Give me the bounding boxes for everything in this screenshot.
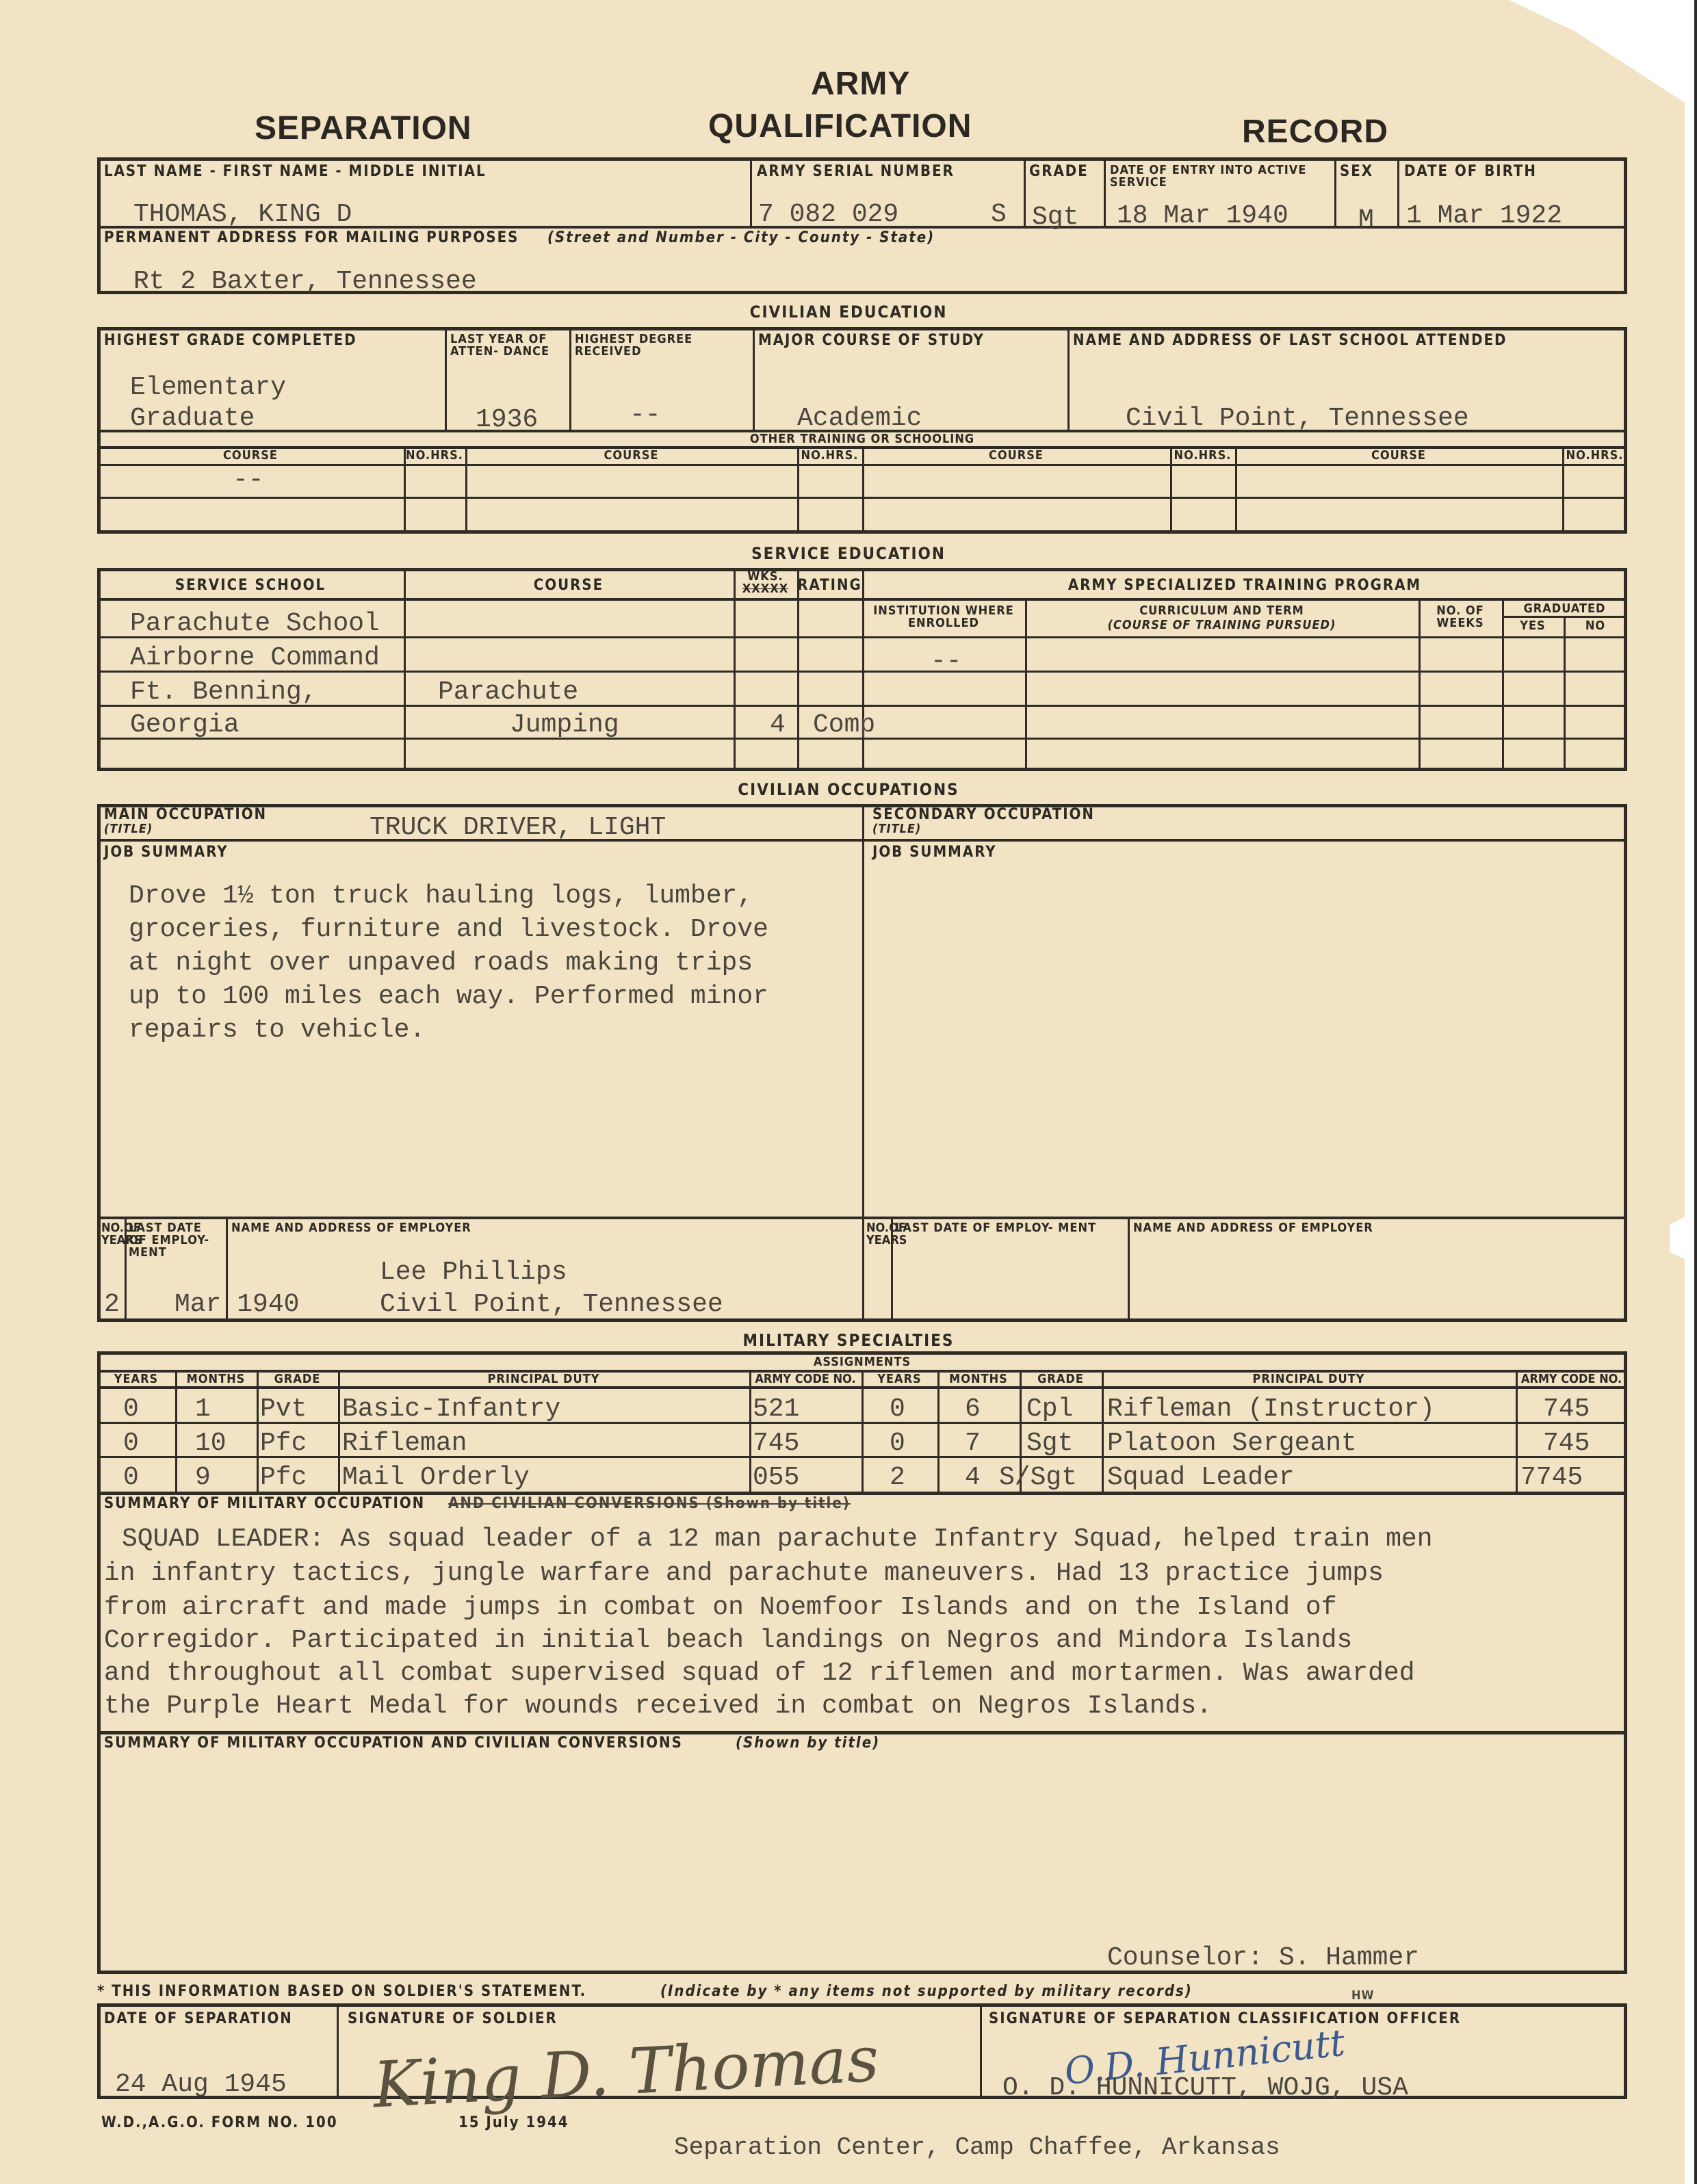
ms-left-duty: Rifleman bbox=[342, 1429, 467, 1458]
ms-right-years: 0 bbox=[890, 1429, 905, 1458]
label-conversions-hint: (Shown by title) bbox=[736, 1736, 880, 1751]
main-job-summary-line: up to 100 miles each way. Performed mino… bbox=[129, 982, 768, 1011]
title-separation: SEPARATION bbox=[255, 109, 472, 147]
divider bbox=[257, 1371, 259, 1494]
ms-left-duty: Mail Orderly bbox=[342, 1463, 530, 1492]
value-service-school-row3: Ft. Benning, bbox=[130, 677, 318, 707]
label-grade: GRADE bbox=[1029, 164, 1089, 179]
divider bbox=[97, 598, 1627, 601]
ms-right-duty: Rifleman (Instructor) bbox=[1107, 1394, 1435, 1424]
label-secondary-job-summary: JOB SUMMARY bbox=[872, 845, 997, 860]
summary-line: from aircraft and made jumps in combat o… bbox=[104, 1593, 1337, 1622]
divider bbox=[1104, 159, 1106, 227]
summary-line: Corregidor. Participated in initial beac… bbox=[104, 1626, 1352, 1655]
label-main-job-summary: JOB SUMMARY bbox=[104, 845, 229, 860]
value-address: Rt 2 Baxter, Tennessee bbox=[133, 267, 477, 296]
label-graduated-no: NO bbox=[1564, 620, 1627, 632]
label-soldier-signature: SIGNATURE OF SOLDIER bbox=[348, 2012, 558, 2027]
label-address: PERMANENT ADDRESS FOR MAILING PURPOSES bbox=[104, 231, 519, 246]
divider bbox=[175, 1371, 177, 1494]
ms-right-years: 0 bbox=[890, 1394, 905, 1424]
label-name: LAST NAME - FIRST NAME - MIDDLE INITIAL bbox=[104, 164, 487, 179]
value-name: THOMAS, KING D bbox=[133, 200, 352, 229]
value-institution: -- bbox=[931, 647, 962, 676]
value-service-school-row4: Georgia bbox=[130, 710, 239, 740]
label-astp: ARMY SPECIALIZED TRAINING PROGRAM bbox=[862, 578, 1627, 593]
title-army: ARMY bbox=[811, 65, 910, 103]
label-major-course: MAJOR COURSE OF STUDY bbox=[758, 333, 985, 348]
ms-left-code: 745 bbox=[753, 1429, 799, 1458]
main-job-summary-line: at night over unpaved roads making trips bbox=[129, 948, 753, 978]
summary-line: and throughout all combat supervised squ… bbox=[104, 1659, 1415, 1688]
divider bbox=[980, 2005, 982, 2098]
label-entry-date: DATE OF ENTRY INTO ACTIVE SERVICE bbox=[1110, 164, 1329, 189]
label-curriculum: CURRICULUM AND TERM bbox=[1025, 605, 1419, 617]
footnote-text: * THIS INFORMATION BASED ON SOLDIER'S ST… bbox=[97, 1984, 586, 1999]
col-principal-duty: PRINCIPAL DUTY bbox=[338, 1373, 749, 1386]
divider bbox=[97, 705, 1627, 707]
ms-left-code: 055 bbox=[753, 1463, 799, 1492]
label-serial: ARMY SERIAL NUMBER bbox=[757, 164, 955, 179]
value-entry-date: 18 Mar 1940 bbox=[1117, 201, 1288, 231]
label-main-years: NO.OF YEARS bbox=[101, 1222, 125, 1247]
ms-right-code: 745 bbox=[1543, 1429, 1590, 1458]
main-job-summary-line: groceries, furniture and livestock. Drov… bbox=[129, 915, 768, 944]
counselor-name: Counselor: S. Hammer bbox=[1107, 1943, 1419, 1973]
divider bbox=[97, 1217, 1627, 1219]
conversions-box bbox=[97, 1731, 1627, 1974]
label-graduated: GRADUATED bbox=[1502, 603, 1627, 615]
ms-left-code: 521 bbox=[753, 1394, 799, 1424]
divider bbox=[338, 1371, 340, 1494]
label-course-1: COURSE bbox=[97, 450, 404, 462]
value-service-course-row3: Parachute bbox=[438, 677, 578, 707]
ms-right-code: 745 bbox=[1543, 1394, 1590, 1424]
value-service-rating-row4: Comp bbox=[813, 710, 875, 740]
value-last-school: Civil Point, Tennessee bbox=[1126, 404, 1469, 433]
label-secondary-employer: NAME AND ADDRESS OF EMPLOYER bbox=[1133, 1222, 1373, 1234]
col-army-code-2: ARMY CODE NO. bbox=[1516, 1373, 1627, 1386]
title-record: RECORD bbox=[1242, 113, 1388, 151]
ms-right-grade: Cpl bbox=[1026, 1394, 1073, 1424]
label-rating: RATING bbox=[797, 578, 862, 593]
label-graduated-yes: YES bbox=[1502, 620, 1564, 632]
value-serial: 7 082 029 bbox=[758, 200, 898, 229]
label-other-training: OTHER TRAINING OR SCHOOLING bbox=[97, 433, 1627, 445]
value-service-school-row2: Airborne Command bbox=[130, 643, 380, 673]
value-main-last-date: Mar 1940 bbox=[174, 1290, 299, 1319]
scan-edge bbox=[1694, 0, 1697, 2184]
section-civilian-occupations: CIVILIAN OCCUPATIONS bbox=[0, 780, 1697, 799]
label-highest-grade: HIGHEST GRADE COMPLETED bbox=[104, 333, 357, 348]
main-job-summary-line: repairs to vehicle. bbox=[129, 1015, 425, 1045]
form-number: W.D.,A.G.O. FORM NO. 100 bbox=[101, 2116, 338, 2131]
separation-center: Separation Center, Camp Chaffee, Arkansa… bbox=[674, 2133, 1280, 2161]
label-hrs-2: NO.HRS. bbox=[797, 450, 862, 462]
label-institution: INSTITUTION WHERE ENROLLED bbox=[862, 605, 1025, 629]
label-main-last-date: LAST DATE OF EMPLOY- MENT bbox=[129, 1222, 224, 1259]
divider bbox=[445, 328, 447, 431]
value-service-course-row4: Jumping bbox=[510, 710, 619, 740]
label-hrs-1: NO.HRS. bbox=[404, 450, 465, 462]
ms-right-duty: Squad Leader bbox=[1107, 1463, 1295, 1492]
divider bbox=[750, 159, 752, 227]
col-months-2: MONTHS bbox=[937, 1373, 1020, 1386]
divider bbox=[937, 1371, 940, 1494]
ms-right-code: 7745 bbox=[1520, 1463, 1583, 1492]
value-service-school-row1: Parachute School bbox=[130, 609, 380, 638]
label-service-school: SERVICE SCHOOL bbox=[97, 578, 404, 593]
divider bbox=[1334, 159, 1336, 227]
col-months: MONTHS bbox=[175, 1373, 257, 1386]
divider bbox=[1397, 159, 1399, 227]
col-grade-2: GRADE bbox=[1020, 1373, 1102, 1386]
label-no-weeks: NO. OF WEEKS bbox=[1419, 605, 1502, 629]
ms-left-months: 10 bbox=[195, 1429, 226, 1458]
section-service-education: SERVICE EDUCATION bbox=[0, 544, 1697, 563]
value-employer-address: Civil Point, Tennessee bbox=[380, 1290, 723, 1319]
divider bbox=[862, 1371, 864, 1494]
col-grade: GRADE bbox=[257, 1373, 338, 1386]
summary-line: SQUAD LEADER: As squad leader of a 12 ma… bbox=[122, 1524, 1433, 1554]
label-address-hint: (Street and Number - City - County - Sta… bbox=[547, 231, 935, 246]
ms-left-years: 0 bbox=[123, 1429, 139, 1458]
summary-line: the Purple Heart Medal for wounds receiv… bbox=[104, 1691, 1212, 1721]
value-main-occupation: TRUCK DRIVER, LIGHT bbox=[370, 813, 666, 842]
ms-left-years: 0 bbox=[123, 1463, 139, 1492]
label-wks-struck: XXXXX bbox=[734, 583, 797, 595]
main-job-summary-line: Drove 1½ ton truck hauling logs, lumber, bbox=[129, 881, 753, 911]
label-assignments: ASSIGNMENTS bbox=[97, 1356, 1627, 1368]
divider bbox=[1564, 616, 1566, 770]
col-army-code: ARMY CODE NO. bbox=[749, 1373, 862, 1386]
ms-right-duty: Platoon Sergeant bbox=[1107, 1429, 1357, 1458]
value-dob: 1 Mar 1922 bbox=[1406, 201, 1562, 231]
label-service-course: COURSE bbox=[404, 578, 734, 593]
label-hrs-3: NO.HRS. bbox=[1170, 450, 1235, 462]
ms-right-grade: Sgt bbox=[1026, 1429, 1073, 1458]
divider bbox=[97, 839, 1627, 842]
value-service-wks-row4: 4 bbox=[770, 710, 786, 740]
divider bbox=[753, 328, 755, 431]
ms-right-months: 4 bbox=[965, 1463, 981, 1492]
label-highest-degree: HIGHEST DEGREE RECEIVED bbox=[575, 333, 746, 358]
value-highest-grade-line1: Elementary bbox=[130, 373, 286, 402]
ms-left-grade: Pfc bbox=[260, 1429, 307, 1458]
officer-typed-name: O. D. HUNNICUTT, WOJG, USA bbox=[1002, 2073, 1408, 2103]
col-principal-duty-2: PRINCIPAL DUTY bbox=[1102, 1373, 1516, 1386]
ms-right-grade: S/Sgt bbox=[999, 1463, 1077, 1492]
label-main-title-hint: (TITLE) bbox=[104, 823, 153, 835]
divider bbox=[1502, 616, 1627, 618]
label-main-occupation: MAIN OCCUPATION bbox=[104, 807, 267, 822]
label-last-year: LAST YEAR OF ATTEN- DANCE bbox=[450, 333, 567, 358]
divider bbox=[1102, 1371, 1104, 1494]
value-employer-name: Lee Phillips bbox=[380, 1258, 567, 1287]
label-course-2: COURSE bbox=[465, 450, 797, 462]
divider bbox=[862, 805, 864, 1321]
value-major-course: Academic bbox=[797, 404, 922, 433]
divider bbox=[1128, 1218, 1130, 1321]
ms-left-years: 0 bbox=[123, 1394, 139, 1424]
label-summary-struck: AND CIVILIAN CONVERSIONS (Shown by title… bbox=[448, 1496, 851, 1511]
summary-line: in infantry tactics, jungle warfare and … bbox=[104, 1559, 1384, 1588]
ms-right-months: 7 bbox=[965, 1429, 981, 1458]
ms-right-months: 6 bbox=[965, 1394, 981, 1424]
label-dob: DATE OF BIRTH bbox=[1404, 164, 1537, 179]
ms-left-duty: Basic-Infantry bbox=[342, 1394, 560, 1424]
footnote-hint: (Indicate by * any items not supported b… bbox=[660, 1984, 1193, 1999]
label-course-3: COURSE bbox=[862, 450, 1170, 462]
label-secondary-years: NO.OF YEARS bbox=[866, 1222, 890, 1247]
divider bbox=[1067, 328, 1070, 431]
ms-left-months: 9 bbox=[195, 1463, 211, 1492]
ms-right-years: 2 bbox=[890, 1463, 905, 1492]
value-grade: Sgt bbox=[1032, 203, 1078, 232]
label-secondary-occupation: SECONDARY OCCUPATION bbox=[872, 807, 1095, 822]
label-officer-signature: SIGNATURE OF SEPARATION CLASSIFICATION O… bbox=[989, 2012, 1461, 2027]
value-sex: M bbox=[1358, 205, 1374, 235]
label-summary: SUMMARY OF MILITARY OCCUPATION bbox=[104, 1496, 425, 1511]
label-secondary-title-hint: (TITLE) bbox=[872, 823, 921, 835]
divider bbox=[569, 328, 571, 431]
label-conversions: SUMMARY OF MILITARY OCCUPATION AND CIVIL… bbox=[104, 1736, 683, 1751]
label-hrs-4: NO.HRS. bbox=[1562, 450, 1627, 462]
form-date: 15 July 1944 bbox=[458, 2116, 569, 2131]
divider bbox=[1516, 1371, 1518, 1494]
title-qualification: QUALIFICATION bbox=[708, 107, 972, 145]
label-sex: SEX bbox=[1340, 164, 1373, 179]
footnote-initials: HW bbox=[1351, 1990, 1374, 2002]
divider bbox=[337, 2005, 339, 2098]
label-date-of-separation: DATE OF SEPARATION bbox=[104, 2012, 293, 2027]
label-course-4: COURSE bbox=[1235, 450, 1562, 462]
ms-left-grade: Pvt bbox=[260, 1394, 307, 1424]
value-last-year: 1936 bbox=[476, 405, 538, 434]
divider bbox=[749, 1371, 751, 1494]
value-date-of-separation: 24 Aug 1945 bbox=[115, 2070, 287, 2099]
value-highest-degree: -- bbox=[630, 400, 661, 430]
value-main-years: 2 bbox=[104, 1290, 120, 1319]
col-years: YEARS bbox=[97, 1373, 175, 1386]
ms-left-months: 1 bbox=[195, 1394, 211, 1424]
label-main-employer: NAME AND ADDRESS OF EMPLOYER bbox=[231, 1222, 471, 1234]
value-other-course-1: -- bbox=[233, 465, 264, 495]
divider bbox=[1024, 159, 1026, 227]
col-years-2: YEARS bbox=[862, 1373, 937, 1386]
value-highest-grade-line2: Graduate bbox=[130, 404, 255, 433]
label-curriculum-hint: (COURSE OF TRAINING PURSUED) bbox=[1025, 619, 1419, 632]
ms-left-grade: Pfc bbox=[260, 1463, 307, 1492]
label-last-school: NAME AND ADDRESS OF LAST SCHOOL ATTENDED bbox=[1073, 333, 1507, 348]
section-military-specialties: MILITARY SPECIALTIES bbox=[0, 1331, 1697, 1350]
label-secondary-last-date: LAST DATE OF EMPLOY- MENT bbox=[895, 1222, 1121, 1234]
value-serial-suffix: S bbox=[991, 200, 1007, 229]
section-civilian-education: CIVILIAN EDUCATION bbox=[0, 302, 1697, 322]
